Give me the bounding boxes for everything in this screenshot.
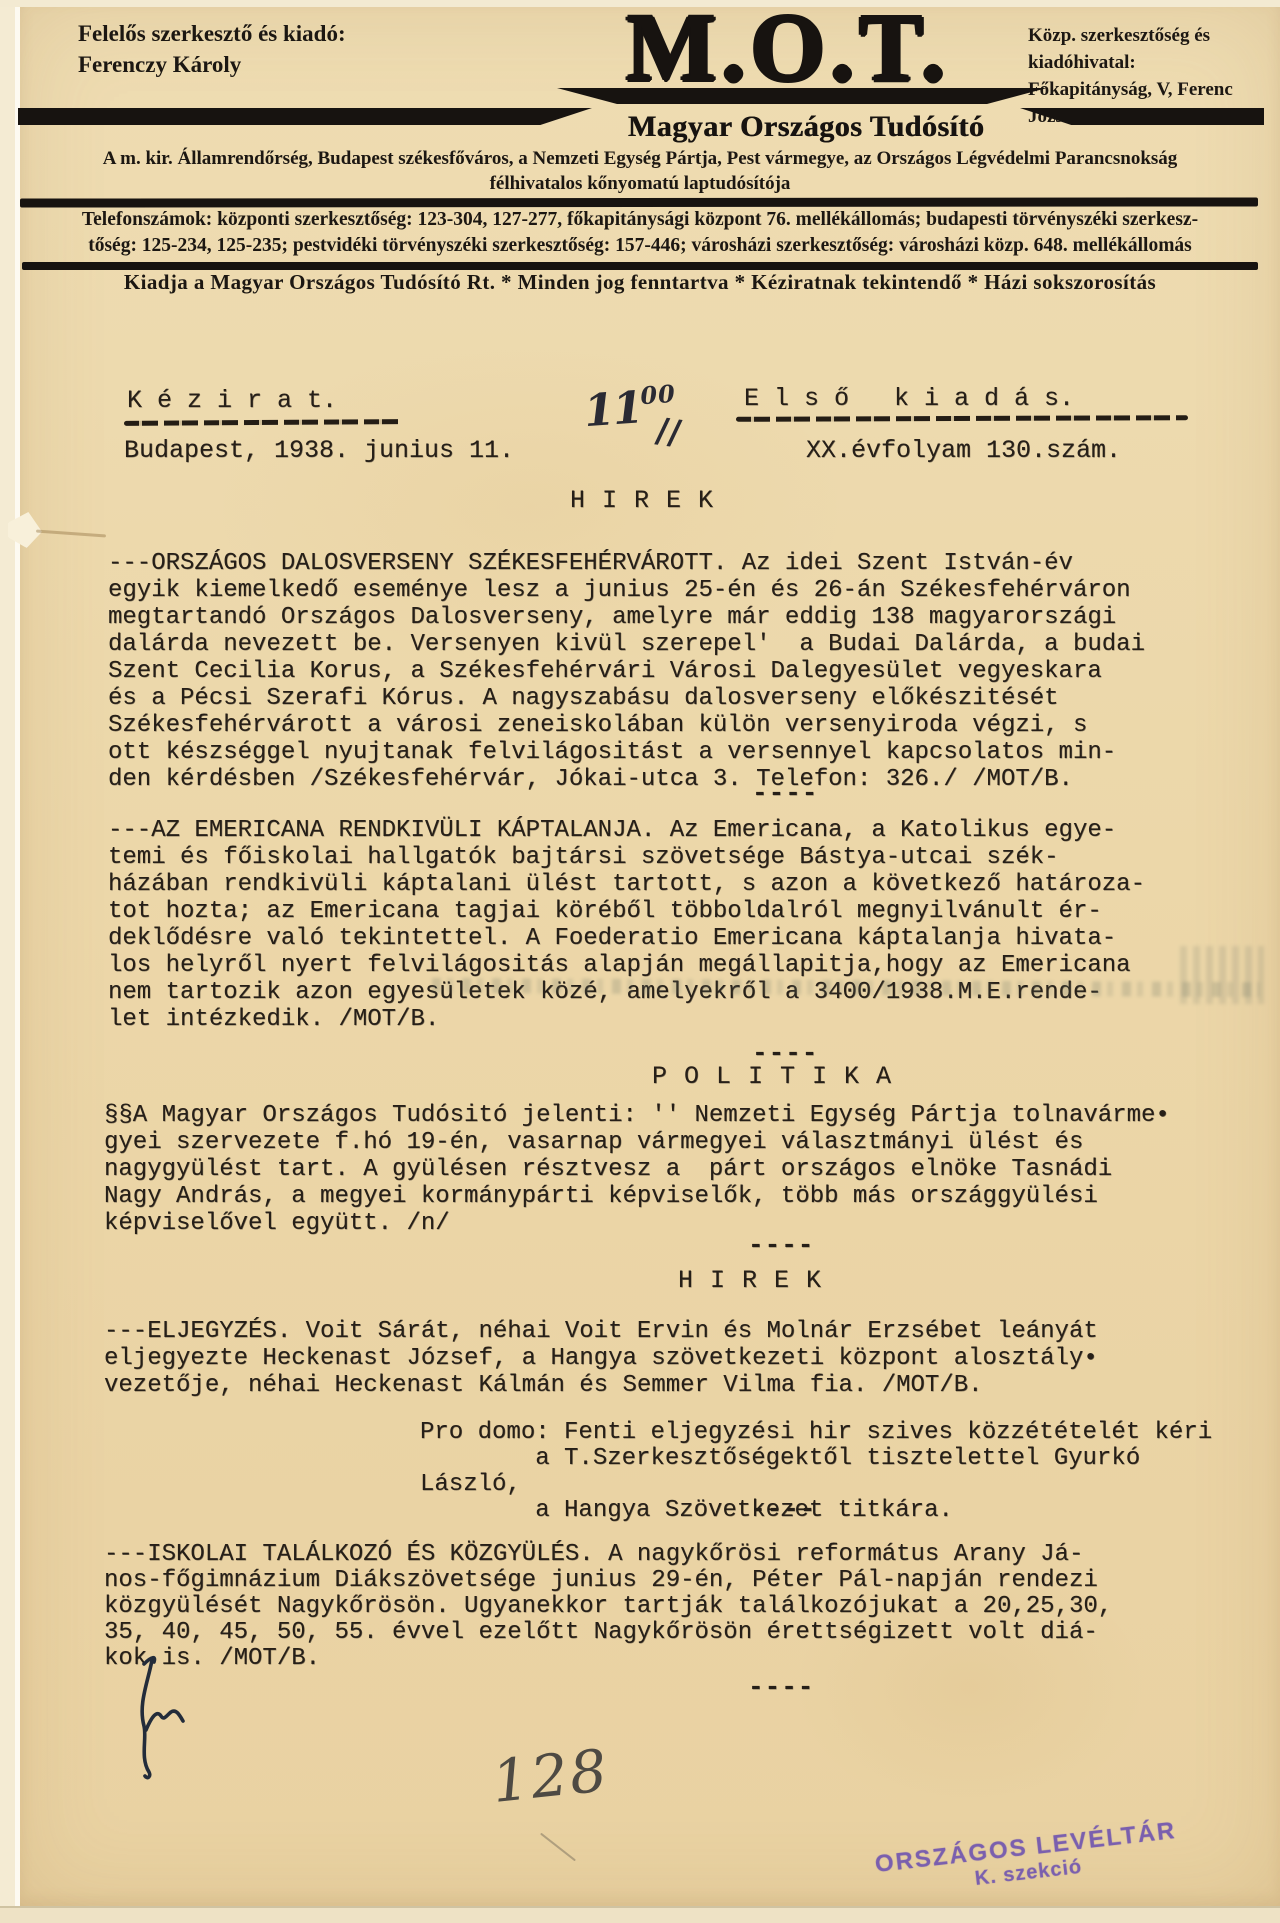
manuscript-label: K é z i r a t.: [127, 386, 337, 415]
pen-squiggle-mark: [118, 1652, 218, 1797]
handwritten-strokes: //: [653, 410, 683, 453]
handwritten-time-superscript: 00: [639, 379, 676, 410]
editor-name: Ferenczy Károly: [78, 49, 478, 80]
dateline: Budapest, 1938. junius 11.: [124, 436, 514, 465]
issue-number: XX.évfolyam 130.szám.: [806, 436, 1121, 465]
banner-bar-left: [18, 108, 592, 125]
article-politika: §§A Magyar Országos Tudósitó jelenti: ''…: [104, 1102, 1224, 1237]
masthead-subtitle-line1: A m. kir. Államrendőrség, Budapest széke…: [18, 148, 1262, 170]
pro-domo-note: Pro domo: Fenti eljegyzési hir szives kö…: [420, 1420, 1220, 1524]
scan-margin-left: [0, 0, 16, 1923]
section-heading-hirek: H I R E K: [570, 486, 714, 515]
separator-dashes: ----: [748, 1672, 814, 1702]
masthead-subtitle-line2: félhivatalos kőnyomatú laptudósítója: [18, 173, 1262, 195]
scan-margin-bottom: [0, 1906, 1280, 1923]
mot-logo: M.O.T.: [548, 0, 1028, 103]
article-iskolai: ---ISKOLAI TALÁLKOZÓ ÉS KÖZGYÜLÉS. A nag…: [104, 1542, 1224, 1672]
office-label: Közp. szerkesztőség és kiadóhivatal:: [1028, 22, 1268, 76]
separator-dashes: ----: [750, 1494, 816, 1524]
horizontal-rule: [22, 262, 1258, 270]
imprint-line: Kiadja a Magyar Országos Tudósító Rt. * …: [20, 270, 1260, 295]
scanned-bulletin-page: Felelős szerkesztő és kiadó: Ferenczy Ká…: [0, 0, 1280, 1923]
editor-label: Felelős szerkesztő és kiadó:: [78, 18, 478, 49]
phones-line2: tőség: 125-234, 125-235; pestvidéki törv…: [24, 235, 1256, 257]
handwritten-page-number: 128: [489, 1736, 612, 1816]
handwritten-time: 11: [582, 382, 643, 437]
phones-line1: Telefonszámok: központi szerkesztőség: 1…: [24, 209, 1256, 231]
horizontal-rule: [20, 197, 1258, 207]
separator-dashes: ----: [748, 1230, 814, 1260]
masthead-editor-block: Felelős szerkesztő és kiadó: Ferenczy Ká…: [78, 18, 478, 80]
section-heading-hirek: H I R E K: [678, 1266, 822, 1295]
article-dalosverseny: ---ORSZÁGOS DALOSVERSENY SZÉKESFEHÉRVÁRO…: [108, 550, 1218, 793]
banner-title: Magyar Országos Tudósító: [578, 110, 1034, 144]
pen-squiggle-svg: [118, 1652, 218, 1792]
separator-dashes: ----: [752, 778, 818, 808]
ink-bleed-smudge: [1180, 946, 1264, 1004]
section-heading-politika: P O L I T I K A: [652, 1062, 892, 1091]
article-emericana: ---AZ EMERICANA RENDKIVÜLI KÁPTALANJA. A…: [108, 817, 1218, 1033]
article-eljegyzes: ---ELJEGYZÉS. Voit Sárát, néhai Voit Erv…: [104, 1318, 1224, 1399]
edition-label: E l s ő k i a d á s.: [744, 384, 1074, 413]
logo-trapezoid-ornament: [552, 88, 1052, 104]
